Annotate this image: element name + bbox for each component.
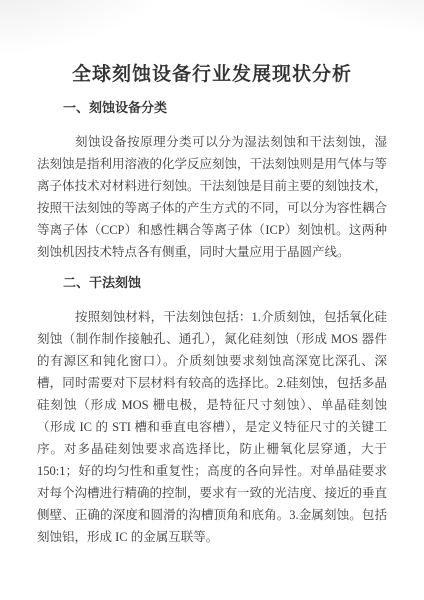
section-etching-equipment-classification: 一、刻蚀设备分类 刻蚀设备按原理分类可以分为湿法刻蚀和干法刻蚀，湿法刻蚀是指利用… (37, 99, 387, 263)
section-1-heading: 一、刻蚀设备分类 (63, 99, 387, 117)
document-title: 全球刻蚀设备行业发展现状分析 (37, 62, 387, 88)
section-2-heading: 二、干法刻蚀 (63, 274, 387, 292)
section-1-paragraph: 刻蚀设备按原理分类可以分为湿法刻蚀和干法刻蚀，湿法刻蚀是指利用溶液的化学反应刻蚀… (37, 131, 387, 263)
section-dry-etching: 二、干法刻蚀 按照刻蚀材料，干法刻蚀包括：1.介质刻蚀，包括氧化硅刻蚀（制作制作… (37, 274, 387, 548)
document-page: 全球刻蚀设备行业发展现状分析 一、刻蚀设备分类 刻蚀设备按原理分类可以分为湿法刻… (0, 0, 424, 600)
section-2-paragraph: 按照刻蚀材料，干法刻蚀包括：1.介质刻蚀，包括氧化硅刻蚀（制作制作接触孔、通孔）… (37, 306, 387, 548)
